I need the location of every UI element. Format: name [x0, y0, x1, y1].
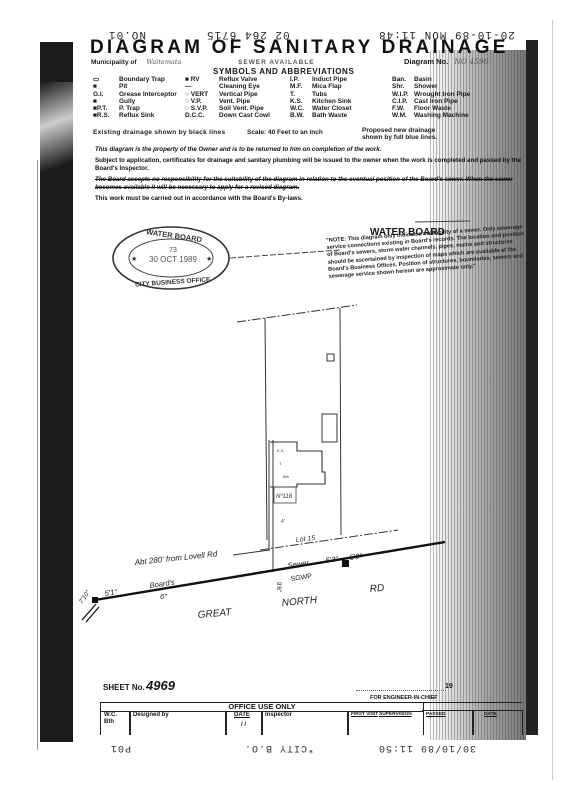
divider	[472, 711, 474, 735]
svg-text:GREAT: GREAT	[197, 607, 232, 621]
svg-text:Sewer: Sewer	[287, 558, 310, 570]
row-labels: W.C. Bth	[104, 712, 117, 726]
office-use-heading: OFFICE USE ONLY	[101, 703, 423, 712]
svg-text:9'6": 9'6"	[275, 582, 281, 592]
first-visit-label: FIRST VISIT	[351, 712, 378, 717]
date2-label: DATE	[484, 712, 497, 717]
svg-text:5'0": 5'0"	[349, 551, 363, 562]
date-blank: / /	[241, 722, 246, 728]
svg-text:NORTH: NORTH	[281, 595, 318, 609]
water-board-stamp: ★ ★ WATER BOARD 73 30 OCT 1989 CITY BUSI…	[113, 227, 229, 289]
engineer-label: FOR ENGINEER-IN-CHIEF	[370, 695, 438, 701]
svg-text:6": 6"	[160, 592, 167, 601]
divider	[225, 712, 227, 735]
divider	[347, 712, 349, 735]
svg-text:7'10": 7'10"	[78, 589, 92, 605]
supervision-label: SUPERVISION	[379, 712, 412, 717]
svg-text:★: ★	[131, 255, 137, 263]
passed-label: PASSED	[426, 712, 445, 717]
svg-text:73: 73	[169, 247, 177, 254]
svg-text:SGWP: SGWP	[290, 573, 312, 583]
drainage-plan-drawing: ★ ★ WATER BOARD 73 30 OCT 1989 CITY BUSI…	[0, 0, 565, 800]
fax-footer-sender: *CITY B.O.	[244, 742, 314, 753]
office-use-table: OFFICE USE ONLY W.C. Bth Designed by DAT…	[100, 702, 424, 735]
svg-text:30 OCT 1989: 30 OCT 1989	[149, 255, 197, 264]
svg-text:RD: RD	[369, 583, 384, 595]
fax-footer-timestamp: 30/10/89 11:50	[378, 742, 476, 753]
svg-text:4': 4'	[281, 519, 285, 525]
divider	[129, 712, 131, 735]
svg-text:T: T	[279, 461, 282, 466]
inspector-label: Inspector	[265, 712, 292, 718]
office-use-table-right: PASSED DATE	[422, 710, 523, 735]
svg-text:★: ★	[206, 255, 212, 263]
signature-line	[356, 690, 446, 691]
fax-footer-page: P01	[110, 742, 131, 753]
scanned-document-page: NO.01 02 264 6715 20-10-89 MON 11:48 DIA…	[0, 0, 565, 800]
office-table-top	[100, 702, 522, 703]
designed-by-label: Designed by	[133, 712, 169, 718]
svg-text:CITY BUSINESS OFFICE: CITY BUSINESS OFFICE	[135, 276, 211, 288]
svg-text:5'3": 5'3"	[325, 554, 339, 565]
svg-text:K.S.: K.S.	[277, 448, 285, 453]
svg-text:Nº118: Nº118	[276, 493, 293, 500]
divider	[261, 712, 263, 735]
sheet-number: 4969	[146, 678, 175, 693]
svg-text:5'1": 5'1"	[104, 587, 118, 598]
svg-text:Bth: Bth	[283, 474, 289, 479]
svg-text:Abt 280' from Lovell Rd: Abt 280' from Lovell Rd	[133, 549, 218, 567]
year-prefix: 19	[445, 683, 453, 690]
date-label: DATE	[234, 712, 250, 718]
sheet-label: SHEET No.	[103, 683, 145, 692]
